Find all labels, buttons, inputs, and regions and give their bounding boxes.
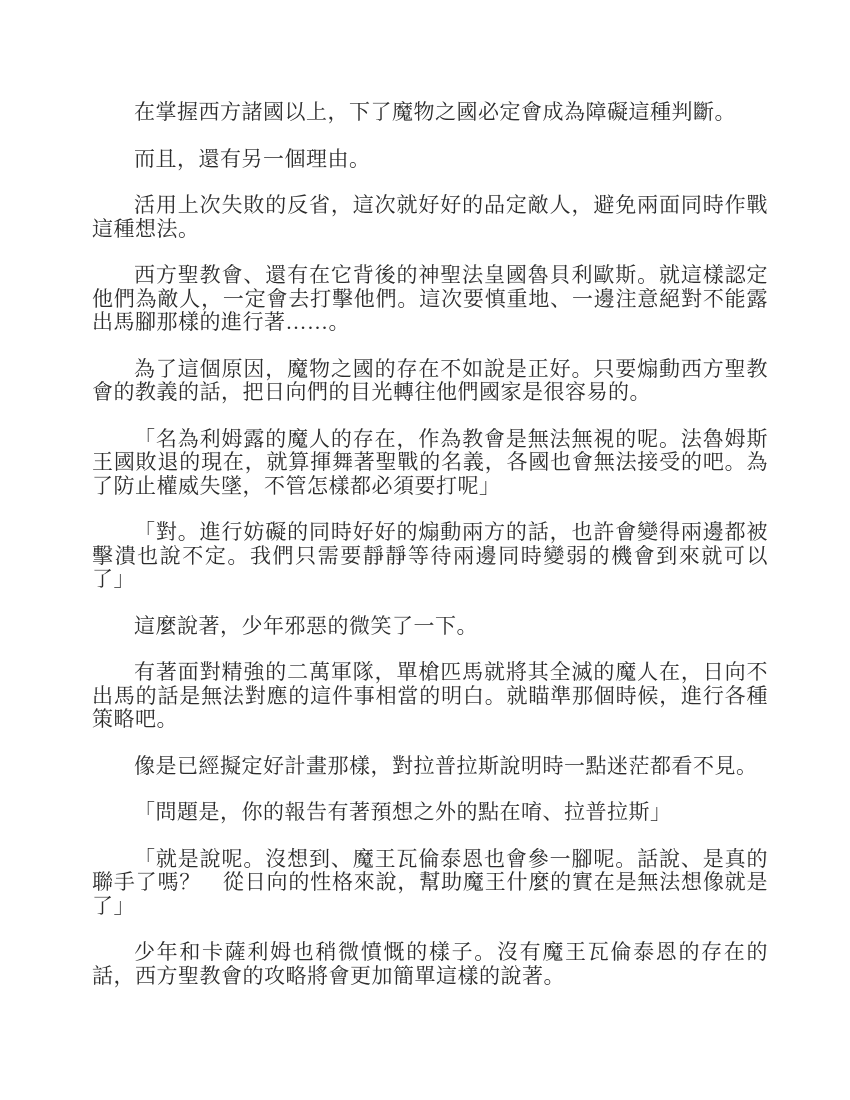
novel-text-block: 在掌握西方諸國以上，下了魔物之國必定會成為障礙這種判斷。 而且，還有另一個理由。…	[92, 101, 768, 988]
paragraph: 在掌握西方諸國以上，下了魔物之國必定會成為障礙這種判斷。	[92, 101, 768, 125]
paragraph-dialogue: 「對。進行妨礙的同時好好的煽動兩方的話，也許會變得兩邊都被擊潰也說不定。我們只需…	[92, 521, 768, 592]
paragraph: 少年和卡薩利姆也稍微憤慨的樣子。沒有魔王瓦倫泰恩的存在的話，西方聖教會的攻略將會…	[92, 941, 768, 988]
paragraph: 而且，還有另一個理由。	[92, 148, 768, 172]
paragraph-dialogue: 「就是說呢。沒想到、魔王瓦倫泰恩也會參一腳呢。話說、是真的聯手了嗎？ 從日向的性…	[92, 848, 768, 919]
paragraph: 西方聖教會、還有在它背後的神聖法皇國魯貝利歐斯。就這樣認定他們為敵人，一定會去打…	[92, 264, 768, 335]
paragraph: 為了這個原因，魔物之國的存在不如說是正好。只要煽動西方聖教會的教義的話，把日向們…	[92, 358, 768, 405]
novel-page: 在掌握西方諸國以上，下了魔物之國必定會成為障礙這種判斷。 而且，還有另一個理由。…	[0, 0, 850, 1100]
paragraph: 像是已經擬定好計畫那樣，對拉普拉斯說明時一點迷茫都看不見。	[92, 755, 768, 779]
paragraph: 活用上次失敗的反省，這次就好好的品定敵人，避免兩面同時作戰這種想法。	[92, 194, 768, 241]
paragraph: 有著面對精強的二萬軍隊，單槍匹馬就將其全滅的魔人在，日向不出馬的話是無法對應的這…	[92, 661, 768, 732]
paragraph: 這麼說著，少年邪惡的微笑了一下。	[92, 615, 768, 639]
paragraph-dialogue: 「名為利姆露的魔人的存在，作為教會是無法無視的呢。法魯姆斯王國敗退的現在，就算揮…	[92, 428, 768, 499]
paragraph-dialogue: 「問題是，你的報告有著預想之外的點在唷、拉普拉斯」	[92, 801, 768, 825]
